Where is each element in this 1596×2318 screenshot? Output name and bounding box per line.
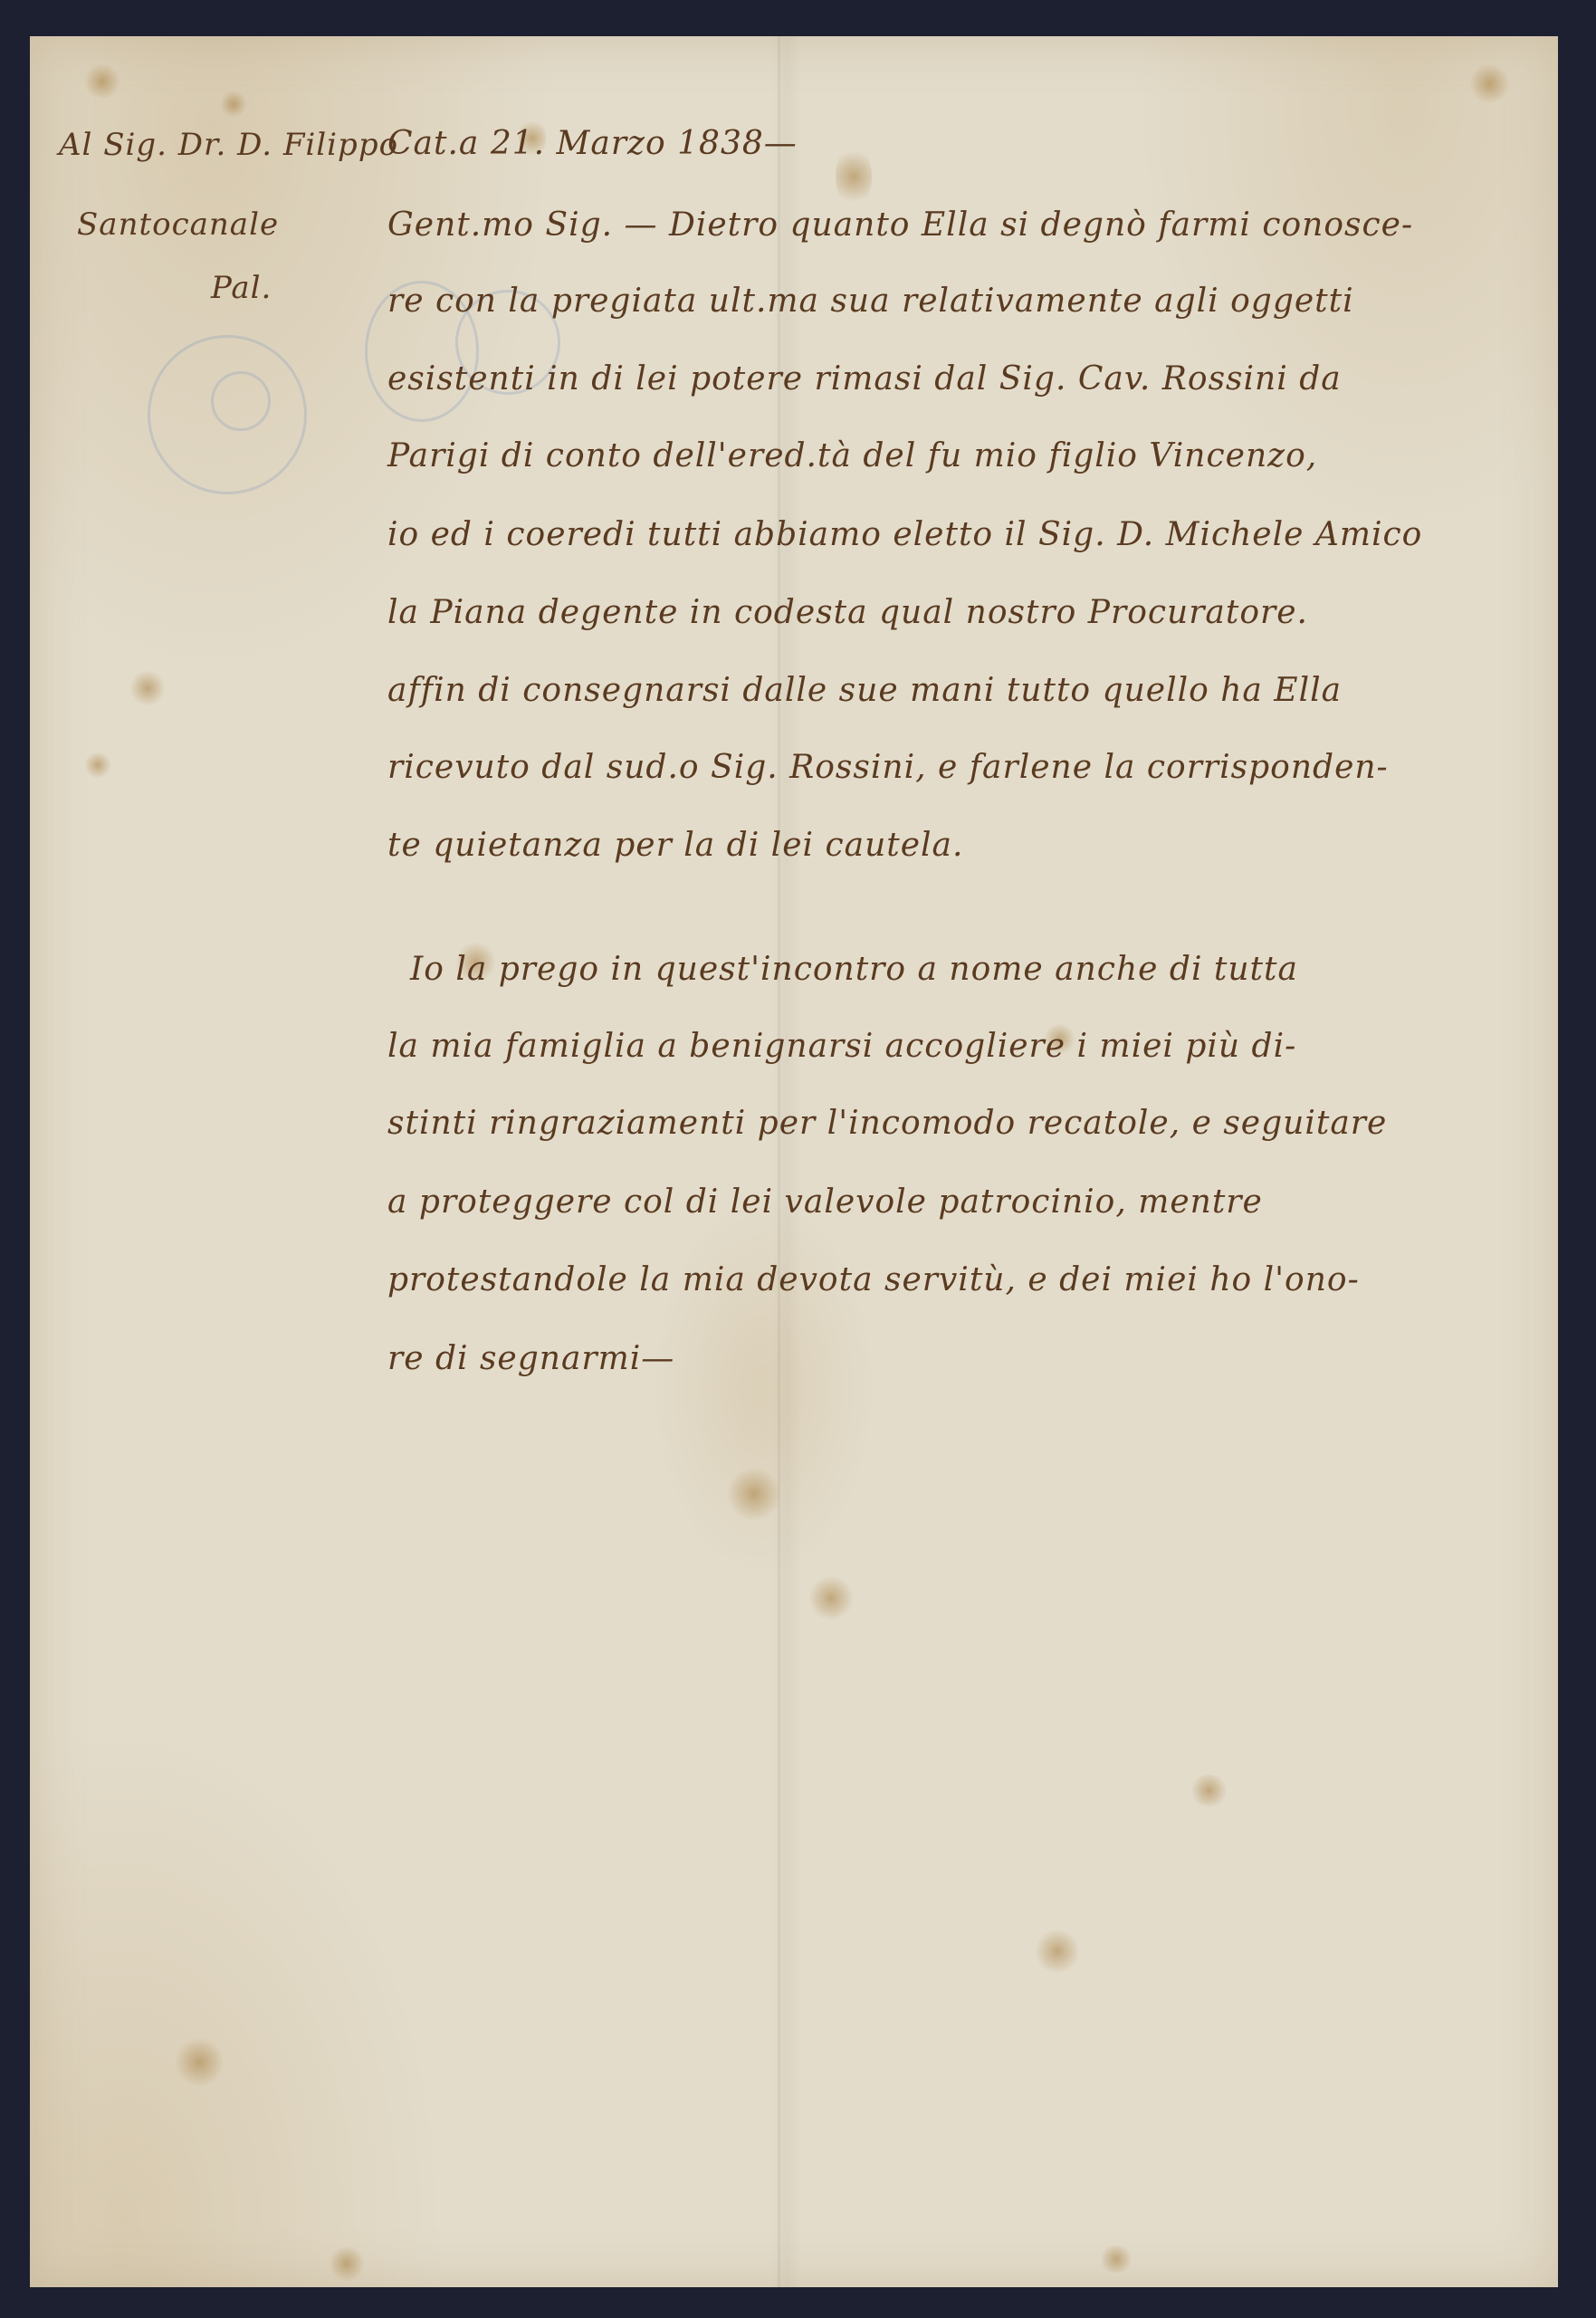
foxing-stain bbox=[84, 63, 120, 100]
body-line: re con la pregiata ult.ma sua relativame… bbox=[387, 283, 1354, 320]
body-line: te quietanza per la di lei cautela. bbox=[387, 827, 963, 864]
foxing-stain bbox=[175, 2037, 225, 2087]
foxing-stain bbox=[808, 1576, 854, 1621]
body-line: a proteggere col di lei valevole patroci… bbox=[387, 1183, 1263, 1221]
body-line: la mia famiglia a benignarsi accogliere … bbox=[387, 1028, 1296, 1065]
body-line: Parigi di conto dell'ered.tà del fu mio … bbox=[387, 437, 1317, 474]
stamp-circle-icon bbox=[211, 371, 271, 431]
body-line: re di segnarmi— bbox=[387, 1340, 674, 1377]
body-line: stinti ringraziamenti per l'incomodo rec… bbox=[387, 1105, 1387, 1142]
body-line: la Piana degente in codesta qual nostro … bbox=[387, 594, 1308, 631]
recipient-place-line: Pal. bbox=[211, 270, 272, 306]
body-line: io ed i coeredi tutti abbiamo eletto il … bbox=[387, 516, 1422, 553]
foxing-stain bbox=[84, 752, 111, 779]
letter-paper: Al Sig. Dr. D. Filippo Santocanale Pal. … bbox=[30, 36, 1558, 2287]
foxing-stain bbox=[129, 670, 166, 706]
dateline: Cat.a 21. Marzo 1838— bbox=[387, 125, 798, 162]
body-line: esistenti in di lei potere rimasi dal Si… bbox=[387, 360, 1342, 398]
recipient-surname-line: Santocanale bbox=[77, 206, 279, 243]
body-line: Io la prego in quest'incontro a nome anc… bbox=[410, 951, 1298, 988]
foxing-stain bbox=[1469, 63, 1510, 104]
foxing-stain bbox=[1035, 1929, 1080, 1974]
foxing-stain bbox=[1098, 2246, 1134, 2273]
foxing-stain bbox=[1189, 1775, 1229, 1806]
foxing-stain bbox=[727, 1467, 781, 1521]
body-line: Gent.mo Sig. — Dietro quanto Ella si deg… bbox=[387, 206, 1413, 244]
recipient-name-line: Al Sig. Dr. D. Filippo bbox=[59, 127, 398, 163]
body-line: ricevuto dal sud.o Sig. Rossini, e farle… bbox=[387, 749, 1389, 786]
foxing-stain bbox=[329, 2246, 365, 2282]
foxing-stain bbox=[836, 145, 872, 208]
foxing-stain bbox=[220, 91, 247, 118]
body-line: protestandole la mia devota servitù, e d… bbox=[387, 1261, 1360, 1298]
body-line: affin di consegnarsi dalle sue mani tutt… bbox=[387, 672, 1342, 709]
